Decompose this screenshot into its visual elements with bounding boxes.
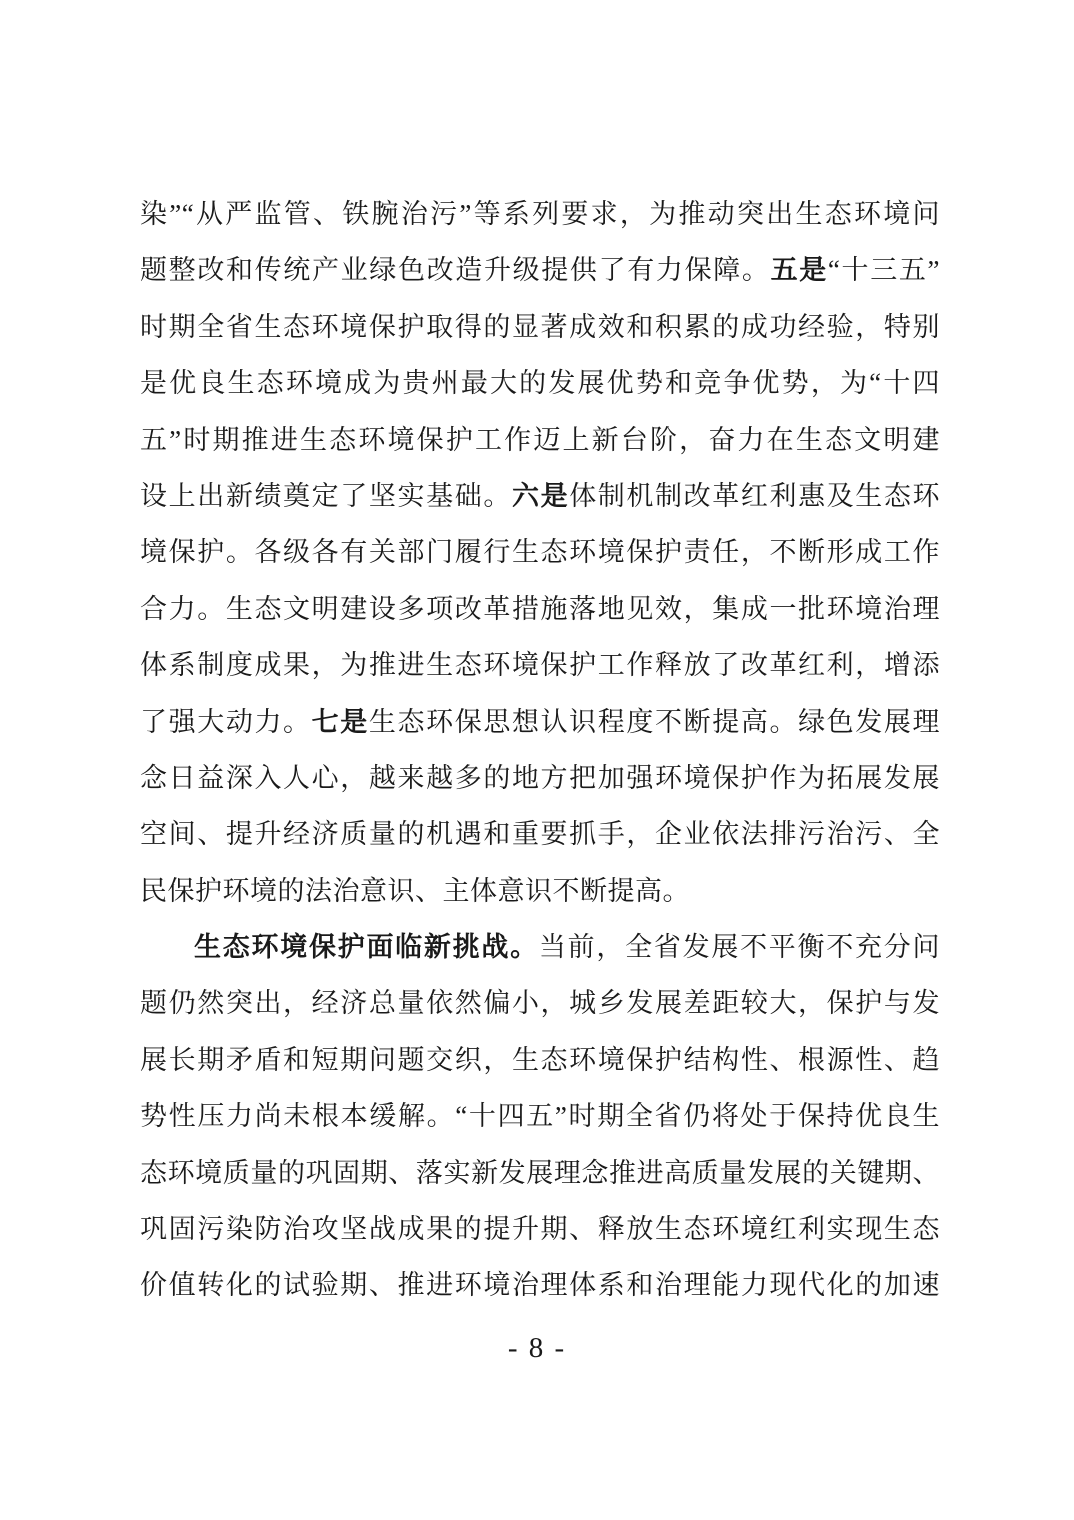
text-line-19: 巩固污染防治攻坚战成果的提升期、释放生态环境红利实现生态 [140, 1201, 940, 1257]
text-segment: 当前，全省发展不平衡不充分问 [539, 932, 940, 962]
bold-phrase: 五是 [771, 255, 828, 285]
text-segment: 民保护环境的法治意识、主体意识不断提高。 [140, 876, 690, 906]
text-line-20: 价值转化的试验期、推进环境治理体系和治理能力现代化的加速 [140, 1257, 940, 1313]
text-line-9: 体系制度成果，为推进生态环境保护工作释放了改革红利，增添 [140, 637, 940, 693]
text-segment: 设上出新绩奠定了坚实基础。 [140, 481, 512, 511]
text-line-16: 展长期矛盾和短期问题交织，生态环境保护结构性、根源性、趋 [140, 1032, 940, 1088]
text-segment: 题仍然突出，经济总量依然偏小，城乡发展差距较大，保护与发 [140, 988, 940, 1018]
text-line-5: 五”时期推进生态环境保护工作迈上新台阶，奋力在生态文明建 [140, 412, 940, 468]
text-line-10: 了强大动力。七是生态环保思想认识程度不断提高。绿色发展理 [140, 694, 940, 750]
text-segment: 生态环保思想认识程度不断提高。绿色发展理 [369, 707, 940, 737]
text-segment: 合力。生态文明建设多项改革措施落地见效，集成一批环境治理 [140, 594, 940, 624]
text-line-13: 民保护环境的法治意识、主体意识不断提高。 [140, 863, 940, 919]
text-line-14: 生态环境保护面临新挑战。当前，全省发展不平衡不充分问 [140, 919, 940, 975]
text-line-3: 时期全省生态环境保护取得的显著成效和积累的成功经验，特别 [140, 299, 940, 355]
text-line-15: 题仍然突出，经济总量依然偏小，城乡发展差距较大，保护与发 [140, 975, 940, 1031]
text-line-17: 势性压力尚未根本缓解。“十四五”时期全省仍将处于保持优良生 [140, 1088, 940, 1144]
text-segment: 境保护。各级各有关部门履行生态环境保护责任，不断形成工作 [140, 537, 940, 567]
text-segment: 态环境质量的巩固期、落实新发展理念推进高质量发展的关键期、 [140, 1158, 940, 1188]
text-line-4: 是优良生态环境成为贵州最大的发展优势和竞争优势，为“十四 [140, 355, 940, 411]
text-line-18: 态环境质量的巩固期、落实新发展理念推进高质量发展的关键期、 [140, 1145, 940, 1201]
text-segment: 势性压力尚未根本缓解。“十四五”时期全省仍将处于保持优良生 [140, 1101, 940, 1131]
document-page: 染”“从严监管、铁腕治污”等系列要求，为推动突出生态环境问题整改和传统产业绿色改… [0, 0, 1074, 1520]
text-segment: 是优良生态环境成为贵州最大的发展优势和竞争优势，为“十四 [140, 368, 940, 398]
text-segment: 体系制度成果，为推进生态环境保护工作释放了改革红利，增添 [140, 650, 940, 680]
text-segment: 时期全省生态环境保护取得的显著成效和积累的成功经验，特别 [140, 312, 940, 342]
text-line-8: 合力。生态文明建设多项改革措施落地见效，集成一批环境治理 [140, 581, 940, 637]
bold-phrase: 生态环境保护面临新挑战。 [194, 932, 539, 962]
text-line-11: 念日益深入人心，越来越多的地方把加强环境保护作为拓展发展 [140, 750, 940, 806]
text-line-6: 设上出新绩奠定了坚实基础。六是体制机制改革红利惠及生态环 [140, 468, 940, 524]
text-line-12: 空间、提升经济质量的机遇和重要抓手，企业依法排污治污、全 [140, 806, 940, 862]
text-segment: 了强大动力。 [140, 707, 312, 737]
text-segment: 五”时期推进生态环境保护工作迈上新台阶，奋力在生态文明建 [140, 425, 940, 455]
document-body-text: 染”“从严监管、铁腕治污”等系列要求，为推动突出生态环境问题整改和传统产业绿色改… [140, 186, 940, 1314]
text-line-2: 题整改和传统产业绿色改造升级提供了有力保障。五是“十三五” [140, 242, 940, 298]
text-segment: 价值转化的试验期、推进环境治理体系和治理能力现代化的加速 [140, 1270, 940, 1300]
text-segment: 空间、提升经济质量的机遇和重要抓手，企业依法排污治污、全 [140, 819, 940, 849]
text-segment: 染”“从严监管、铁腕治污”等系列要求，为推动突出生态环境问 [140, 199, 940, 229]
bold-phrase: 七是 [312, 707, 369, 737]
text-line-7: 境保护。各级各有关部门履行生态环境保护责任，不断形成工作 [140, 524, 940, 580]
text-segment: 展长期矛盾和短期问题交织，生态环境保护结构性、根源性、趋 [140, 1045, 940, 1075]
page-number: - 8 - [0, 1328, 1074, 1368]
text-segment: “十三五” [828, 255, 940, 285]
text-segment: 念日益深入人心，越来越多的地方把加强环境保护作为拓展发展 [140, 763, 940, 793]
bold-phrase: 六是 [512, 481, 569, 511]
text-line-1: 染”“从严监管、铁腕治污”等系列要求，为推动突出生态环境问 [140, 186, 940, 242]
text-segment: 体制机制改革红利惠及生态环 [569, 481, 940, 511]
text-segment: 题整改和传统产业绿色改造升级提供了有力保障。 [140, 255, 771, 285]
text-segment: 巩固污染防治攻坚战成果的提升期、释放生态环境红利实现生态 [140, 1214, 940, 1244]
